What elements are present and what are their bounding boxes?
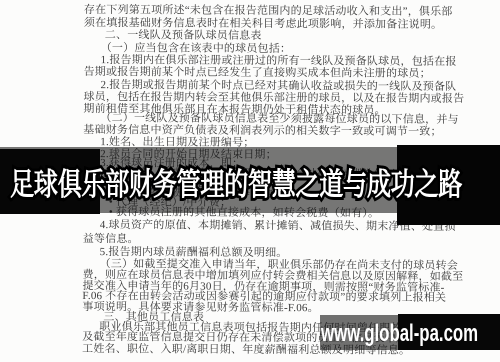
page-title: 足球俱乐部财务管理的智慧之道与成功之路 xyxy=(10,169,462,201)
article-image: 存在下列第五项所述“未包含在报告范围内的足球活动收入和支出”，俱乐部 须在填报基… xyxy=(0,0,500,362)
doc-line: （一）应当包含在该表中的球员包括： xyxy=(101,42,291,55)
doc-line: 告期或报告期前某个时点已经发生了直接购买成本但尚未注册的球员； xyxy=(84,66,431,80)
watermark-url: www.global-pa.com xyxy=(321,321,478,347)
doc-line: 二、一线队及预备队球员信息表 xyxy=(105,29,262,42)
doc-line: 5.报告期内球员薪酬福利总额及明细。 xyxy=(100,246,288,259)
doc-line: 益等信息。 xyxy=(83,232,139,244)
doc-line: 2.报告期或报告期前某个时点已经对其确认收益或损失的一线队及预备队 xyxy=(101,79,457,93)
